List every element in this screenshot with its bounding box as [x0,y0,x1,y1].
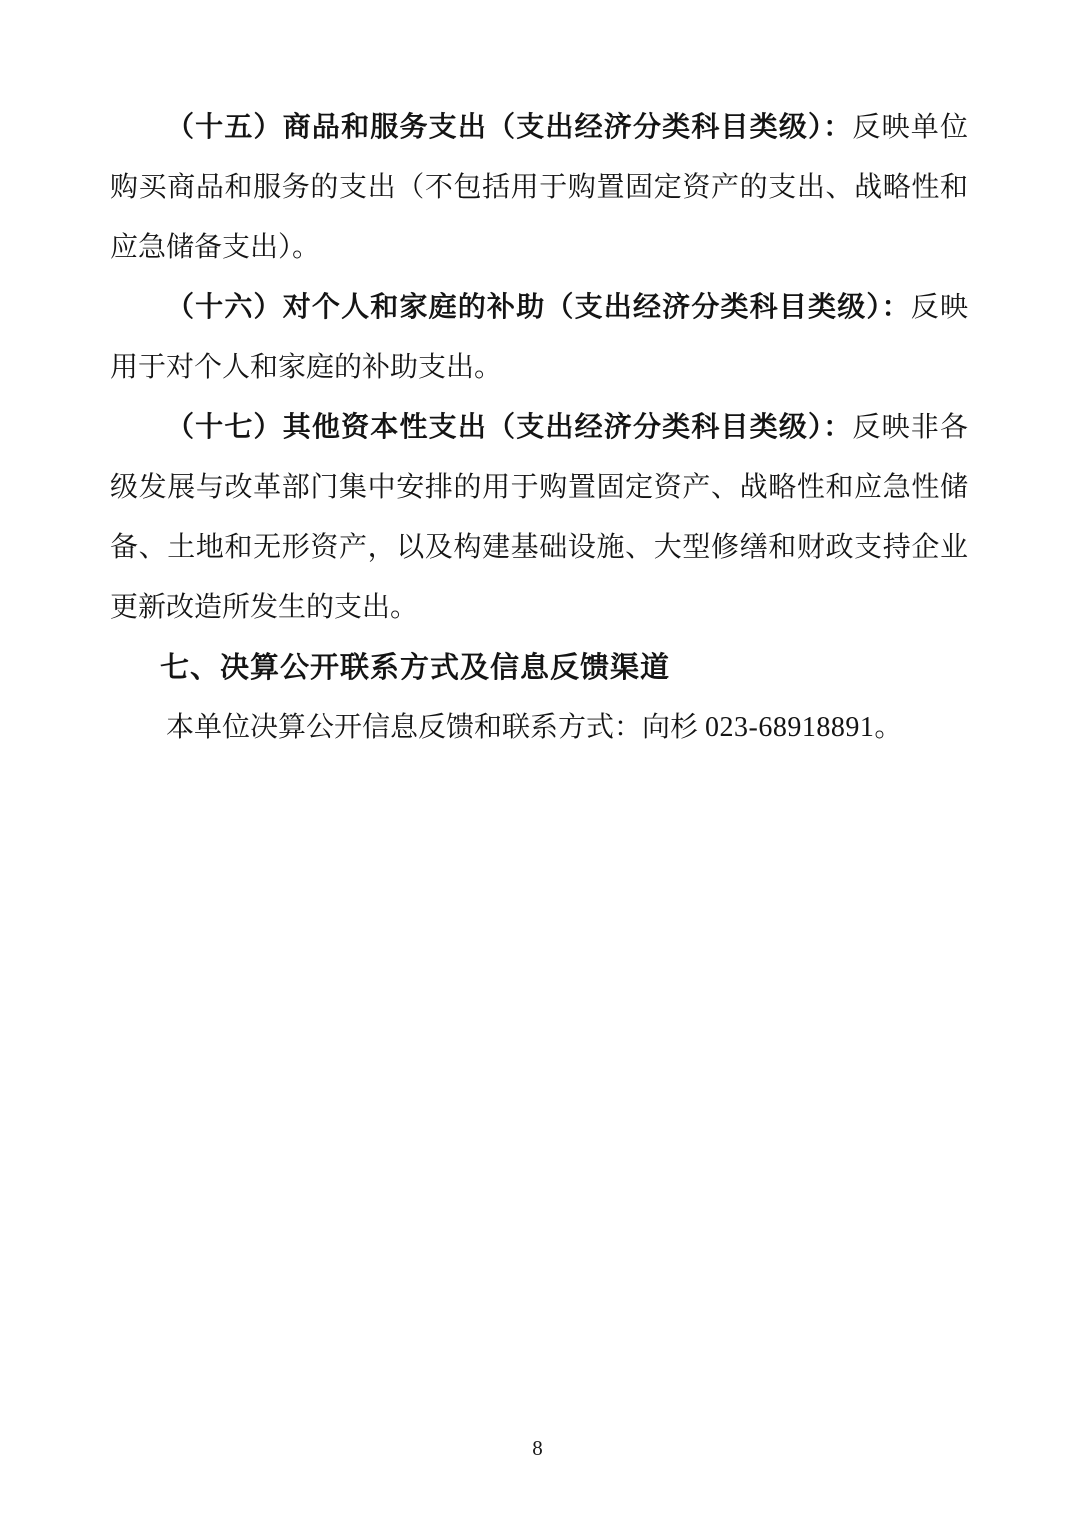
paragraph-16-lead: （十六）对个人和家庭的补助（支出经济分类科目类级）： [166,292,911,323]
paragraph-17-line-3: 备、土地和无形资产，以及构建基础设施、大型修缮和财政支持企业 [110,518,968,578]
paragraph-17-body-start: 反映非各 [852,412,968,443]
paragraph-15-line-1: （十五）商品和服务支出（支出经济分类科目类级）：反映单位 [110,98,968,158]
paragraph-17-line-4: 更新改造所发生的支出。 [110,578,968,638]
paragraph-15-line-3: 应急储备支出）。 [110,218,968,278]
paragraph-15: （十五）商品和服务支出（支出经济分类科目类级）：反映单位 购买商品和服务的支出（… [110,98,968,278]
contact-text-suffix: 。 [874,712,902,743]
section-heading: 七、决算公开联系方式及信息反馈渠道 [110,638,968,698]
paragraph-16-line-1: （十六）对个人和家庭的补助（支出经济分类科目类级）：反映 [110,278,968,338]
paragraph-16: （十六）对个人和家庭的补助（支出经济分类科目类级）：反映 用于对个人和家庭的补助… [110,278,968,398]
document-page: （十五）商品和服务支出（支出经济分类科目类级）：反映单位 购买商品和服务的支出（… [0,0,1075,1520]
text-content: （十五）商品和服务支出（支出经济分类科目类级）：反映单位 购买商品和服务的支出（… [110,98,968,758]
paragraph-16-line-2: 用于对个人和家庭的补助支出。 [110,338,968,398]
contact-text: 本单位决算公开信息反馈和联系方式：向杉 [166,712,705,743]
paragraph-15-body-start: 反映单位 [852,112,968,143]
paragraph-16-body-start: 反映 [911,292,968,323]
paragraph-15-lead: （十五）商品和服务支出（支出经济分类科目类级）： [166,112,852,143]
paragraph-15-line-2: 购买商品和服务的支出（不包括用于购置固定资产的支出、战略性和 [110,158,968,218]
paragraph-17-lead: （十七）其他资本性支出（支出经济分类科目类级）： [166,412,852,443]
paragraph-17-line-2: 级发展与改革部门集中安排的用于购置固定资产、战略性和应急性储 [110,458,968,518]
paragraph-17-line-1: （十七）其他资本性支出（支出经济分类科目类级）：反映非各 [110,398,968,458]
phone-number: 023-68918891 [705,712,874,743]
contact-line: 本单位决算公开信息反馈和联系方式：向杉 023-68918891。 [110,698,968,758]
paragraph-17: （十七）其他资本性支出（支出经济分类科目类级）：反映非各 级发展与改革部门集中安… [110,398,968,638]
page-number: 8 [0,1436,1075,1461]
